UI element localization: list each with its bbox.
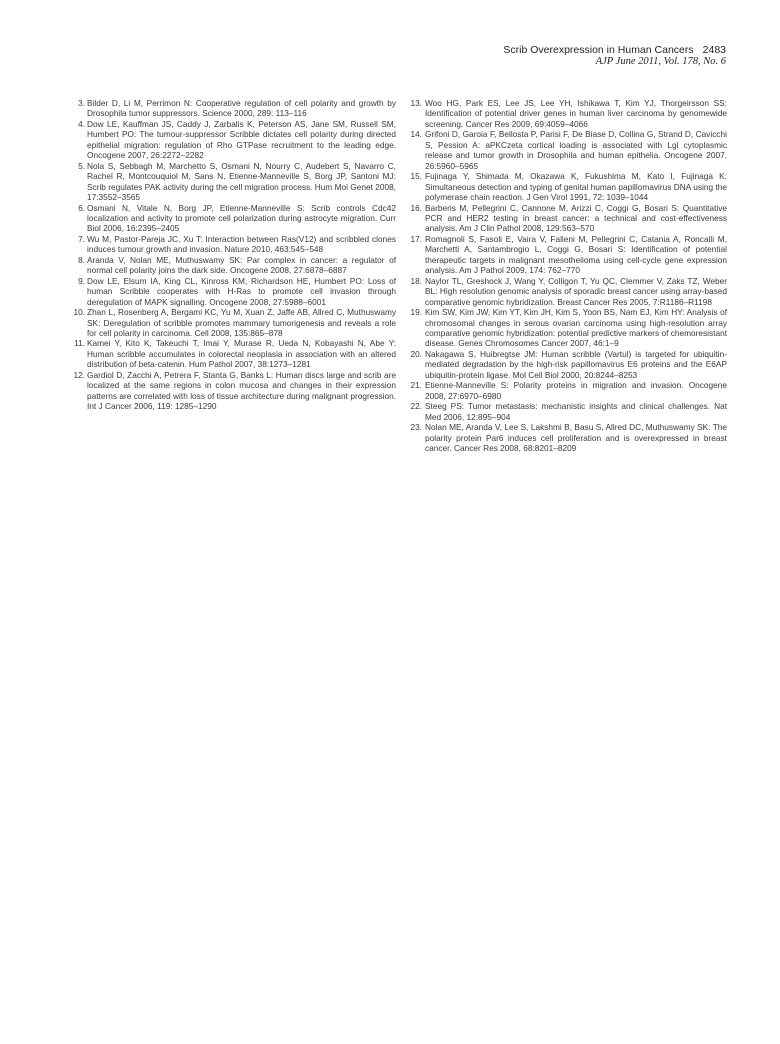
reference-text: Aranda V, Nolan ME, Muthuswamy SK: Par c… [87,255,396,275]
reference-text: Nola S, Sebbagh M, Marchetto S, Osmani N… [87,161,396,202]
reference-item: 10.Zhan L, Rosenberg A, Bergami KC, Yu M… [72,307,396,338]
page-number: 2483 [703,44,726,56]
reference-text: Nakagawa S, Huibregtse JM: Human scribbl… [425,349,727,380]
reference-number: 23. [403,422,422,432]
reference-item: 20.Nakagawa S, Huibregtse JM: Human scri… [403,349,727,380]
reference-number: 3. [72,98,85,108]
reference-item: 12.Gardiol D, Zacchi A, Petrera F, Stant… [72,370,396,412]
reference-text: Grifoni D, Garoia F, Bellosta P, Parisi … [425,129,727,170]
reference-item: 5.Nola S, Sebbagh M, Marchetto S, Osmani… [72,161,396,203]
reference-text: Kim SW, Kim JW, Kim YT, Kim JH, Kim S, Y… [425,307,727,348]
reference-number: 5. [72,161,85,171]
reference-number: 4. [72,119,85,129]
running-title: Scrib Overexpression in Human Cancers [503,44,693,56]
journal-citation: AJP June 2011, Vol. 178, No. 6 [503,56,726,68]
reference-number: 15. [403,171,422,181]
reference-item: 6.Osmani N, Vitale N, Borg JP, Etienne-M… [72,203,396,234]
reference-text: Wu M, Pastor-Pareja JC, Xu T: Interactio… [87,234,396,254]
reference-text: Dow LE, Kauffman JS, Caddy J, Zarbalis K… [87,119,396,160]
references-right-column: 13.Woo HG, Park ES, Lee JS, Lee YH, Ishi… [403,98,727,453]
reference-number: 21. [403,380,422,390]
reference-item: 14.Grifoni D, Garoia F, Bellosta P, Pari… [403,129,727,171]
reference-item: 7.Wu M, Pastor-Pareja JC, Xu T: Interact… [72,234,396,255]
reference-text: Zhan L, Rosenberg A, Bergami KC, Yu M, X… [87,307,396,338]
reference-number: 13. [403,98,422,108]
reference-number: 11. [67,338,85,348]
running-head: Scrib Overexpression in Human Cancers248… [503,44,726,68]
reference-text: Barberis M, Pellegrini C, Cannone M, Ari… [425,203,727,234]
references-left-column: 3.Bilder D, Li M, Perrimon N: Cooperativ… [72,98,396,412]
reference-number: 10. [67,307,85,317]
reference-text: Bilder D, Li M, Perrimon N: Cooperative … [87,98,396,118]
reference-number: 9. [72,276,85,286]
reference-item: 15.Fujinaga Y, Shimada M, Okazawa K, Fuk… [403,171,727,202]
reference-number: 18. [403,276,422,286]
reference-number: 6. [72,203,85,213]
reference-item: 19.Kim SW, Kim JW, Kim YT, Kim JH, Kim S… [403,307,727,349]
reference-number: 20. [403,349,422,359]
reference-number: 8. [72,255,85,265]
reference-item: 3.Bilder D, Li M, Perrimon N: Cooperativ… [72,98,396,119]
reference-number: 7. [72,234,85,244]
reference-number: 22. [403,401,422,411]
reference-text: Etienne-Manneville S: Polarity proteins … [425,380,727,400]
running-title-line: Scrib Overexpression in Human Cancers248… [503,44,726,56]
reference-item: 16.Barberis M, Pellegrini C, Cannone M, … [403,203,727,234]
reference-item: 22.Steeg PS: Tumor metastasis: mechanist… [403,401,727,422]
reference-text: Kamei Y, Kito K, Takeuchi T, Imai Y, Mur… [87,338,396,369]
reference-item: 4.Dow LE, Kauffman JS, Caddy J, Zarbalis… [72,119,396,161]
reference-number: 16. [403,203,422,213]
reference-item: 11.Kamei Y, Kito K, Takeuchi T, Imai Y, … [72,338,396,369]
reference-item: 23.Nolan ME, Aranda V, Lee S, Lakshmi B,… [403,422,727,453]
reference-item: 9.Dow LE, Elsum IA, King CL, Kinross KM,… [72,276,396,307]
reference-text: Gardiol D, Zacchi A, Petrera F, Stanta G… [87,370,396,411]
reference-text: Fujinaga Y, Shimada M, Okazawa K, Fukush… [425,171,727,202]
reference-number: 17. [403,234,422,244]
reference-text: Nolan ME, Aranda V, Lee S, Lakshmi B, Ba… [425,422,727,453]
reference-text: Dow LE, Elsum IA, King CL, Kinross KM, R… [87,276,396,307]
reference-text: Steeg PS: Tumor metastasis: mechanistic … [425,401,727,421]
reference-item: 17.Romagnoli S, Fasoli E, Vaira V, Falle… [403,234,727,276]
reference-item: 8.Aranda V, Nolan ME, Muthuswamy SK: Par… [72,255,396,276]
reference-item: 21.Etienne-Manneville S: Polarity protei… [403,380,727,401]
reference-text: Osmani N, Vitale N, Borg JP, Etienne-Man… [87,203,396,234]
reference-text: Romagnoli S, Fasoli E, Vaira V, Falleni … [425,234,727,275]
reference-number: 12. [67,370,85,380]
reference-text: Woo HG, Park ES, Lee JS, Lee YH, Ishikaw… [425,98,727,129]
reference-number: 19. [403,307,422,317]
reference-number: 14. [403,129,422,139]
reference-item: 13.Woo HG, Park ES, Lee JS, Lee YH, Ishi… [403,98,727,129]
reference-item: 18.Naylor TL, Greshock J, Wang Y, Collig… [403,276,727,307]
reference-text: Naylor TL, Greshock J, Wang Y, Colligon … [425,276,727,307]
